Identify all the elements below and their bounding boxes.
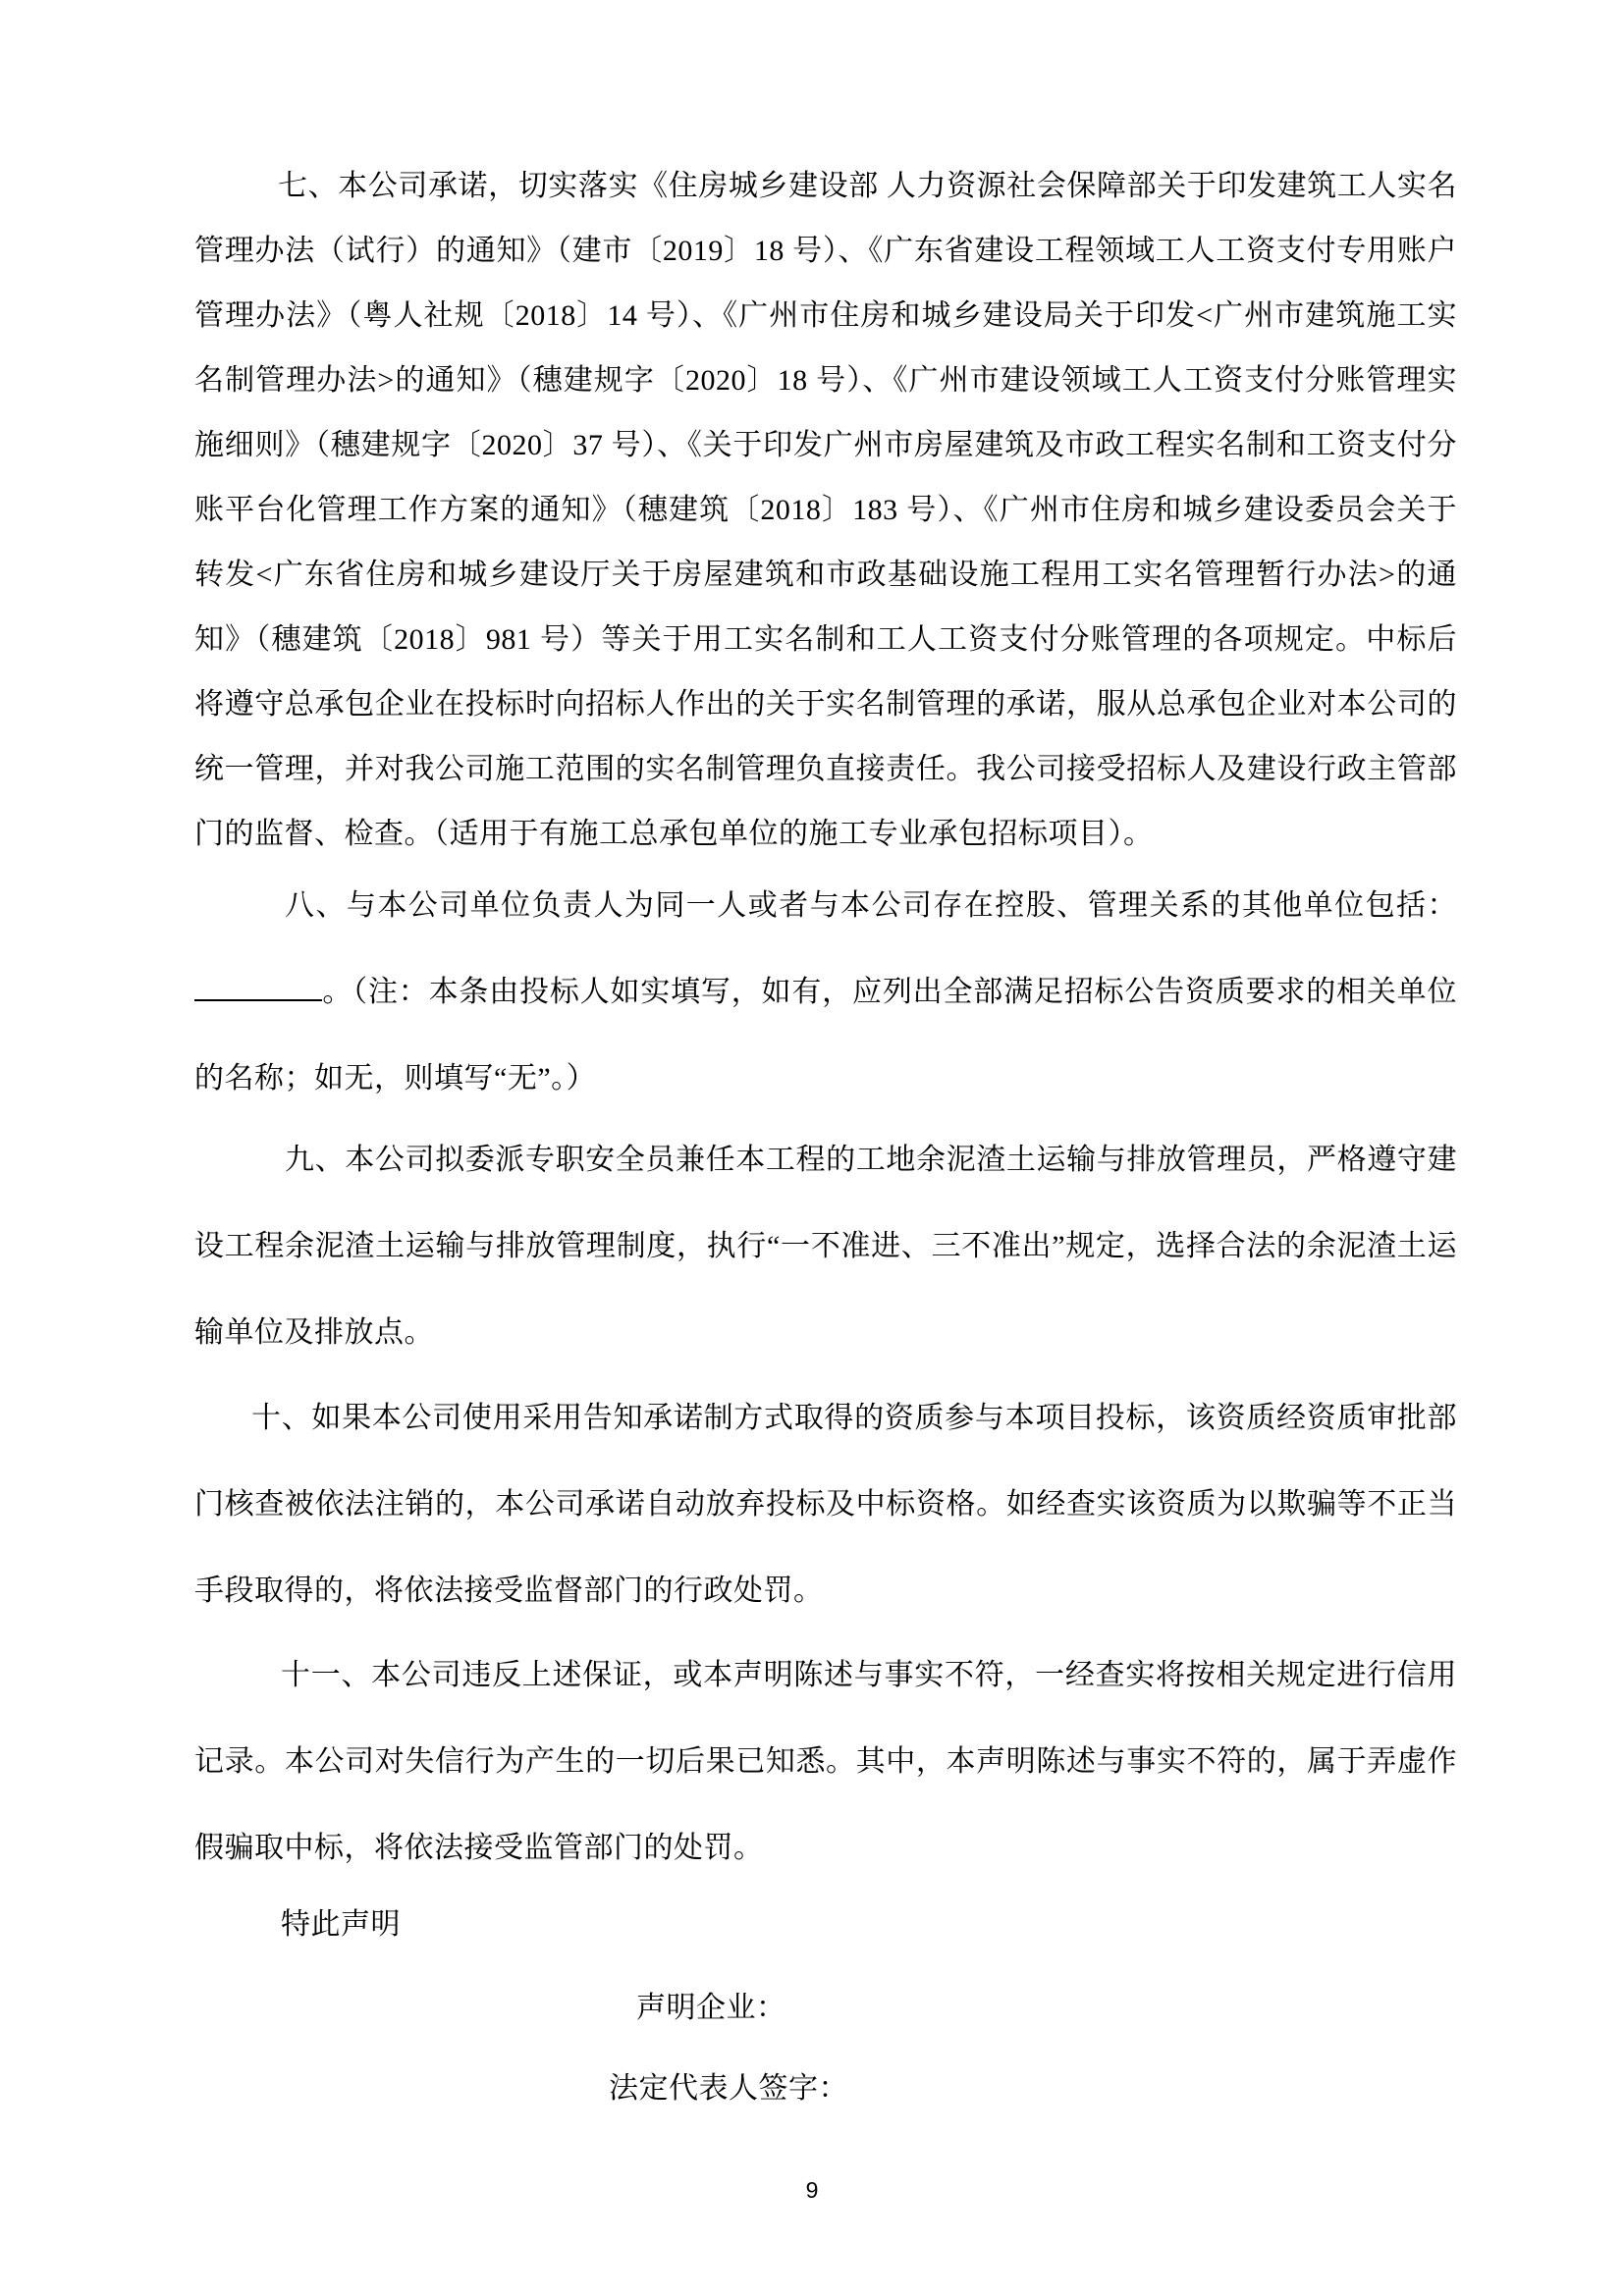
paragraph-11-breach-consequences: 十一、本公司违反上述保证，或本声明陈述与事实不符，一经查实将按相关规定进行信用记… (194, 1632, 1457, 1892)
fill-in-blank-underline[interactable] (194, 970, 322, 1001)
paragraph-8-related-units: 八、与本公司单位负责人为同一人或者与本公司存在控股、管理关系的其他单位包括：。（… (194, 863, 1457, 1122)
closing-statement: 特此声明 (281, 1910, 401, 1940)
page-number: 9 (0, 2179, 1624, 2202)
declaring-enterprise-label: 声明企业： (636, 1994, 786, 2023)
paragraph-7-real-name-management-commitment: 七、本公司承诺，切实落实《住房城乡建设部 人力资源社会保障部关于印发建筑工人实名… (194, 154, 1457, 867)
document-page: 七、本公司承诺，切实落实《住房城乡建设部 人力资源社会保障部关于印发建筑工人实名… (0, 0, 1624, 2296)
paragraph-9-muck-transport-management: 九、本公司拟委派专职安全员兼任本工程的工地余泥渣土运输与排放管理员，严格遵守建设… (194, 1117, 1457, 1376)
paragraph-10-qualification-commitment: 十、如果本公司使用采用告知承诺制方式取得的资质参与本项目投标，该资质经资质审批部… (194, 1375, 1457, 1634)
paragraph-8-text-before-blank: 八、与本公司单位负责人为同一人或者与本公司存在控股、管理关系的其他单位包括： (285, 889, 1457, 922)
legal-representative-signature-label: 法定代表人签字： (609, 2074, 848, 2104)
paragraph-8-text-after-blank: 。（注：本条由投标人如实填写，如有，应列出全部满足招标公告资质要求的相关单位的名… (194, 976, 1457, 1095)
